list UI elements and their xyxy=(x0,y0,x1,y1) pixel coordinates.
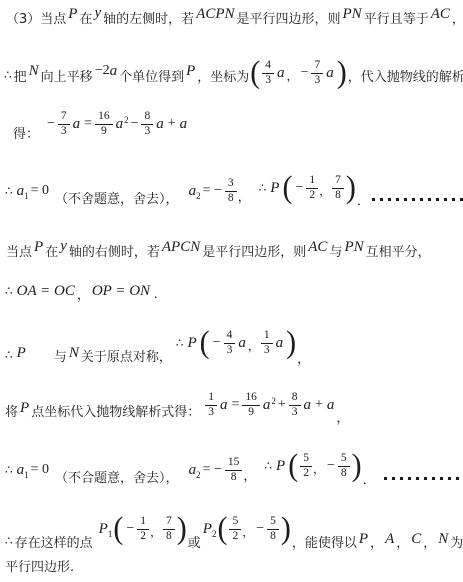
math-var-pn: PN xyxy=(344,239,363,256)
comma: ， xyxy=(396,532,409,551)
minus-sign: − xyxy=(301,65,309,81)
period: . xyxy=(154,287,158,303)
minus-sign: − xyxy=(256,521,264,537)
minus-sign: − xyxy=(126,521,134,537)
dot-leader xyxy=(372,198,463,201)
solution-line-10: ∴ 存在这样的点 P 1 ( − 1 2 ， 7 8 ) 或 P 2 ( 5 2… xyxy=(5,506,463,552)
fraction-numerator: 16 xyxy=(242,391,260,405)
fraction: 7 3 xyxy=(311,59,323,86)
equals-minus: = − xyxy=(203,462,222,478)
fraction-denominator: 8 xyxy=(338,467,350,480)
root-a2-equation: a 2 = − 3 8 xyxy=(187,177,238,204)
therefore-symbol: ∴ xyxy=(4,68,12,83)
plus-sign: + xyxy=(168,116,176,132)
math-var-a: A xyxy=(385,531,394,548)
equals-sign: = xyxy=(231,397,239,413)
comma: ， xyxy=(336,407,349,426)
math-var-a: a xyxy=(180,116,188,133)
minus-sign: − xyxy=(295,180,303,196)
math-var-acpn: ACPN xyxy=(196,6,234,23)
text-run: 平行四边形. xyxy=(5,556,74,575)
fraction-numerator: 1 xyxy=(261,329,273,343)
math-var-p: P xyxy=(359,531,368,548)
left-paren: ( xyxy=(288,450,298,482)
text-label: 得： xyxy=(13,123,39,142)
comma: ， xyxy=(238,186,251,205)
minus-sign: − xyxy=(47,116,55,132)
point-p1-coordinates: P 1 ( − 1 2 ， 7 8 ) xyxy=(97,514,188,544)
text-run: ，代入抛物线的解析式， xyxy=(348,66,463,85)
fraction-denominator: 2 xyxy=(137,530,149,543)
text-run: 与 xyxy=(54,346,67,365)
fraction-denominator: 3 xyxy=(261,344,273,357)
comma: ， xyxy=(423,532,436,551)
text-run: 在 xyxy=(79,8,92,27)
solution-line-5: 当点 P 在 y 轴的右侧时，若 APCN 是平行四边形，则 AC 与 PN 互… xyxy=(6,239,431,261)
fraction-numerator: 16 xyxy=(95,110,113,124)
right-paren: ) xyxy=(346,172,356,204)
plus-sign: + xyxy=(315,397,323,413)
therefore-symbol: ∴ xyxy=(259,181,267,196)
fraction-denominator: 3 xyxy=(224,344,236,357)
root-a1-equation: ∴ a 1 = 0 xyxy=(5,462,51,479)
right-paren: ) xyxy=(337,57,347,89)
fraction-numerator: 4 xyxy=(224,329,236,343)
equals-zero: = 0 xyxy=(31,462,49,478)
fraction: 16 9 xyxy=(95,110,113,137)
fraction-denominator: 3 xyxy=(141,125,153,138)
fraction-denominator: 9 xyxy=(98,125,110,138)
root-a2-equation: a 2 = − 15 8 xyxy=(187,456,244,483)
math-var-p: P xyxy=(20,400,29,417)
fraction: 16 9 xyxy=(242,391,260,418)
minus-sign: − xyxy=(131,116,139,132)
comma: ， xyxy=(370,532,383,551)
equation: 1 3 a = 16 9 a 2 + 8 3 a + a xyxy=(204,391,336,418)
comma: ， xyxy=(77,284,90,303)
fraction-numerator: 8 xyxy=(289,391,301,405)
equals-sign: = xyxy=(84,116,92,132)
right-paren: ) xyxy=(281,513,291,545)
math-var-n: N xyxy=(29,63,39,80)
math-var-a: a xyxy=(326,65,334,82)
text-run: 在 xyxy=(45,241,58,260)
fraction-numerator: 7 xyxy=(58,110,70,124)
solution-line-1: （3）当点 P 在 y 轴的左侧时，若 ACPN 是平行四边形，则 PN 平行且… xyxy=(6,6,463,28)
fraction-denominator: 8 xyxy=(228,471,240,484)
fraction-denominator: 9 xyxy=(245,406,257,419)
left-paren: ( xyxy=(113,513,123,545)
fraction-numerator: 3 xyxy=(225,177,237,191)
text-run: 是平行四边形，则 xyxy=(237,8,341,27)
fraction-denominator: 2 xyxy=(300,467,312,480)
subscript: 1 xyxy=(24,191,29,201)
point-p-coordinates: ∴ P ( 5 2 ， − 5 8 ) xyxy=(264,451,362,481)
text-run: 或 xyxy=(188,532,201,551)
math-var-p: P xyxy=(34,239,43,256)
math-var-p: P xyxy=(68,6,77,23)
fraction: 1 3 xyxy=(205,391,217,418)
fraction-denominator: 2 xyxy=(229,530,241,543)
text-run: 当点 xyxy=(6,241,32,260)
math-var-pn: PN xyxy=(343,6,362,23)
fraction: 1 2 xyxy=(137,515,149,542)
text-run: ，坐标为 xyxy=(197,66,249,85)
solution-line-7: ∴ P 与 N 关于原点对称， ∴ P ( − 4 3 a ， 1 3 a ) … xyxy=(5,326,310,368)
math-var-a: a xyxy=(277,65,285,82)
text-run: 把 xyxy=(14,66,27,85)
fraction-numerator: 7 xyxy=(163,515,175,529)
right-paren: ) xyxy=(286,327,296,359)
point-p-coordinates: ∴ P ( − 4 3 a ， 1 3 a ) xyxy=(176,328,297,358)
minus-sign: − xyxy=(213,335,221,351)
fraction-numerator: 8 xyxy=(141,110,153,124)
subscript: 1 xyxy=(108,529,113,539)
fraction: 7 8 xyxy=(332,174,344,201)
plus-sign: + xyxy=(278,397,286,413)
math-number: −2 xyxy=(95,63,110,79)
fraction: 5 8 xyxy=(338,452,350,479)
comma: ， xyxy=(150,523,162,540)
fraction-denominator: 2 xyxy=(306,189,318,202)
therefore-symbol: ∴ xyxy=(176,336,184,351)
therefore-symbol: ∴ xyxy=(5,348,13,363)
equals-minus: = − xyxy=(203,183,222,199)
math-var-n: N xyxy=(438,531,448,548)
fraction-numerator: 5 xyxy=(338,452,350,466)
math-var-ac: AC xyxy=(431,6,450,23)
fraction: 4 3 xyxy=(224,329,236,356)
point-p-coordinates: ∴ P ( − 1 2 ， 7 8 ) xyxy=(259,173,357,203)
fraction-denominator: 3 xyxy=(289,406,301,419)
fraction: 1 3 xyxy=(261,329,273,356)
math-var-p: P xyxy=(17,345,26,362)
solution-line-6: ∴ OA = OC ， OP = ON . xyxy=(5,280,160,302)
math-var-a2: a xyxy=(189,183,197,200)
math-var-c: C xyxy=(411,531,421,548)
comma: ， xyxy=(297,348,310,367)
math-var-a1: a xyxy=(17,183,25,200)
coordinate-expression: ( 4 3 a ， − 7 3 a ) xyxy=(249,58,347,88)
math-var-a: a xyxy=(238,335,246,352)
text-run: 与 xyxy=(329,241,342,260)
left-paren: ( xyxy=(200,327,210,359)
math-var-p: P xyxy=(188,335,197,352)
fraction-numerator: 1 xyxy=(205,391,217,405)
fraction-denominator: 3 xyxy=(205,406,217,419)
comma: ， xyxy=(313,460,325,477)
fraction-numerator: 5 xyxy=(267,515,279,529)
fraction: 5 8 xyxy=(267,515,279,542)
fraction-denominator: 8 xyxy=(163,530,175,543)
comma: ， xyxy=(248,337,260,354)
fraction-numerator: 4 xyxy=(262,59,274,73)
subscript: 2 xyxy=(212,529,217,539)
text-run: 将 xyxy=(5,401,18,420)
math-var-a: a xyxy=(73,116,81,133)
fraction-numerator: 1 xyxy=(137,515,149,529)
math-var-a: a xyxy=(110,63,118,80)
fraction-denominator: 8 xyxy=(267,530,279,543)
fraction: 8 3 xyxy=(289,391,301,418)
fraction: 4 3 xyxy=(262,59,274,86)
math-var-p2: P xyxy=(203,521,212,538)
point-p2-coordinates: P 2 ( 5 2 ， − 5 8 ) xyxy=(201,514,292,544)
text-run: 平行且等于 xyxy=(364,8,429,27)
discard-note: （不合题意，舍去）， xyxy=(55,467,179,486)
solution-line-2: ∴ 把 N 向上平移 −2 a 个单位得到 P ，坐标为 ( 4 3 a ， −… xyxy=(4,48,463,98)
fraction: 7 8 xyxy=(163,515,175,542)
text-run: 存在这样的点 xyxy=(15,532,93,551)
math-var-n: N xyxy=(69,345,79,362)
fraction: 5 2 xyxy=(300,452,312,479)
fraction-denominator: 3 xyxy=(311,74,323,87)
dot-leader xyxy=(384,477,463,480)
comma: ， xyxy=(287,67,299,84)
solution-line-3: 得： − 7 3 a = 16 9 a 2 − 8 3 a + a xyxy=(13,103,189,145)
equation: − 7 3 a = 16 9 a 2 − 8 3 a + a xyxy=(45,110,189,137)
comma: ， xyxy=(242,523,254,540)
math-var-apcn: APCN xyxy=(162,239,200,256)
text-run: 轴的左侧时，若 xyxy=(103,8,194,27)
text-run: 点坐标代入抛物线解析式得： xyxy=(31,401,200,420)
math-var-a2: a xyxy=(189,462,197,479)
fraction: 3 8 xyxy=(225,177,237,204)
fraction-numerator: 5 xyxy=(229,515,241,529)
math-var-a: a xyxy=(116,116,124,133)
text-run: 向上平移 xyxy=(41,66,93,85)
math-var-p: P xyxy=(270,180,279,197)
fraction-numerator: 1 xyxy=(306,174,318,188)
fraction-denominator: 3 xyxy=(58,125,70,138)
math-var-a: a xyxy=(327,397,335,414)
text-run: 个单位得到 xyxy=(119,66,184,85)
exponent: 2 xyxy=(271,396,276,406)
math-var-p: P xyxy=(186,63,195,80)
solution-line-8: 将 P 点坐标代入抛物线解析式得： 1 3 a = 16 9 a 2 + 8 3… xyxy=(5,388,349,428)
math-var-a1: a xyxy=(17,462,25,479)
right-paren: ) xyxy=(177,513,187,545)
math-var-p1: P xyxy=(99,521,108,538)
math-var-a: a xyxy=(156,116,164,133)
text-run: 关于原点对称， xyxy=(81,346,172,365)
text-run: 互相平分， xyxy=(366,241,431,260)
math-var-p: P xyxy=(276,458,285,475)
fraction: 5 2 xyxy=(229,515,241,542)
fraction: 7 3 xyxy=(58,110,70,137)
period: ． xyxy=(357,190,370,209)
exponent: 2 xyxy=(124,115,129,125)
math-equation-op-on: OP = ON xyxy=(92,283,150,300)
fraction-denominator: 8 xyxy=(225,192,237,205)
discard-note: （不舍题意，舍去）， xyxy=(55,188,179,207)
text-run: 为顶点的四边形是 xyxy=(450,532,463,551)
therefore-symbol: ∴ xyxy=(5,284,13,299)
fraction: 1 2 xyxy=(306,174,318,201)
fraction-denominator: 3 xyxy=(262,74,274,87)
math-var-a: a xyxy=(220,397,228,414)
fraction-numerator: 5 xyxy=(300,452,312,466)
subscript: 2 xyxy=(196,470,201,480)
math-equation-oa-oc: OA = OC xyxy=(17,283,75,300)
therefore-symbol: ∴ xyxy=(264,459,272,474)
minus-sign: − xyxy=(327,458,335,474)
text-run: （3）当点 xyxy=(6,8,66,27)
left-paren: ( xyxy=(217,513,227,545)
math-var-a: a xyxy=(304,397,312,414)
subscript: 1 xyxy=(24,470,29,480)
text-run: ，能使得以 xyxy=(292,532,357,551)
fraction-numerator: 7 xyxy=(332,174,344,188)
subscript: 2 xyxy=(196,191,201,201)
text-run: 是平行四边形，则 xyxy=(202,241,306,260)
solution-line-4: ∴ a 1 = 0 （不舍题意，舍去）， a 2 = − 3 8 ， ∴ P (… xyxy=(5,172,463,210)
fraction: 15 8 xyxy=(225,456,243,483)
text-run: 轴的右侧时，若 xyxy=(69,241,160,260)
math-var-y: y xyxy=(94,5,101,22)
right-paren: ) xyxy=(352,450,362,482)
fraction-numerator: 7 xyxy=(311,59,323,73)
comma: ， xyxy=(319,182,331,199)
fraction-denominator: 8 xyxy=(332,189,344,202)
therefore-symbol: ∴ xyxy=(5,534,13,549)
period: ． xyxy=(363,469,376,488)
solution-line-11: 平行四边形. xyxy=(5,555,74,575)
comma: ， xyxy=(452,8,463,27)
fraction: 8 3 xyxy=(141,110,153,137)
solution-line-9: ∴ a 1 = 0 （不合题意，舍去）， a 2 = − 15 8 ， ∴ P … xyxy=(5,450,463,490)
comma: ， xyxy=(243,465,256,484)
left-paren: ( xyxy=(250,57,260,89)
math-var-a: a xyxy=(263,397,271,414)
fraction-numerator: 15 xyxy=(225,456,243,470)
root-a1-equation: ∴ a 1 = 0 xyxy=(5,183,51,200)
therefore-symbol: ∴ xyxy=(5,184,13,199)
therefore-symbol: ∴ xyxy=(5,463,13,478)
math-var-y: y xyxy=(60,238,67,255)
left-paren: ( xyxy=(282,172,292,204)
math-var-a: a xyxy=(276,335,284,352)
equals-zero: = 0 xyxy=(31,183,49,199)
math-var-ac: AC xyxy=(308,239,327,256)
